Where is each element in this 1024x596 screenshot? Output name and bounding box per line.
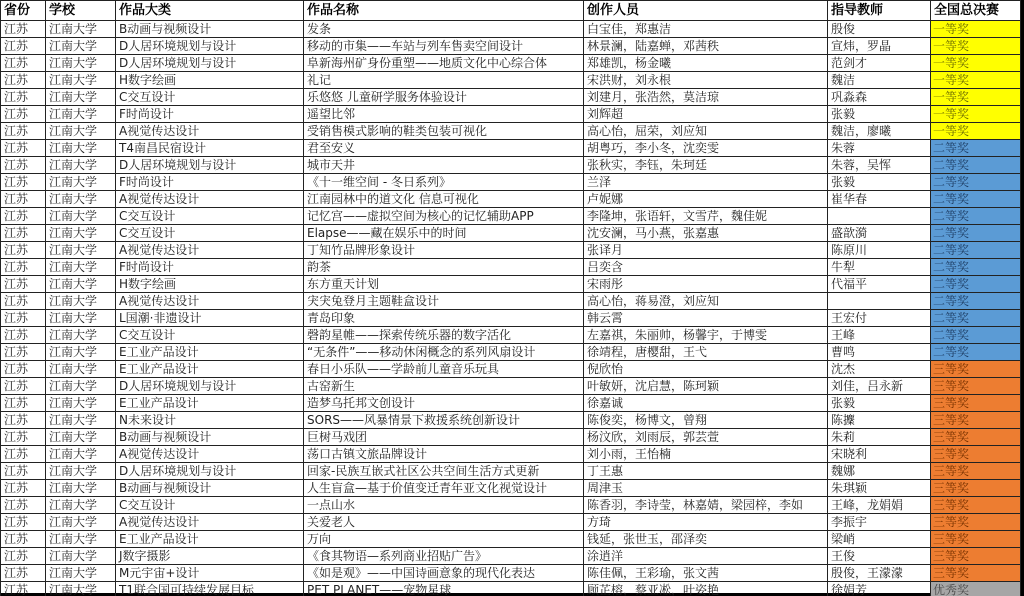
table-row: 江苏江南大学A视觉传达设计丁知竹品牌形象设计张译月陈原川二等奖	[1, 242, 1021, 259]
cell-title[interactable]: PET PLANET——宠物星球	[304, 582, 584, 596]
table-row: 江苏江南大学J数字摄影《食其物语—系列商业招贴广告》涂逍洋王俊三等奖	[1, 548, 1021, 565]
cell-category[interactable]: H数字绘画	[116, 72, 304, 89]
cell-award[interactable]: 二等奖	[931, 174, 1021, 191]
table-row: 江苏江南大学C交互设计一点山水陈香羽，李诗莹，林嘉婧，梁园梓，李如王峰，龙娟娟三…	[1, 497, 1021, 514]
table-row: 江苏江南大学N未来设计SORS——风暴情景下救援系统创新设计陈俊奕，杨博文，曾翔…	[1, 412, 1021, 429]
cell-school[interactable]: 江南大学	[46, 429, 116, 446]
cell-province[interactable]: 江苏	[1, 480, 46, 497]
cell-creators[interactable]: 倪欣怡	[584, 361, 828, 378]
cell-school[interactable]: 江南大学	[46, 55, 116, 72]
cell-creators[interactable]: 李隆坤，张语轩，文雪芹，魏佳妮	[584, 208, 828, 225]
cell-category[interactable]: E工业产品设计	[116, 395, 304, 412]
cell-school[interactable]: 江南大学	[46, 191, 116, 208]
cell-school[interactable]: 江南大学	[46, 89, 116, 106]
table-row: 江苏江南大学A视觉传达设计荡口古镇文旅品牌设计刘小雨，王怡楠宋晓利三等奖	[1, 446, 1021, 463]
header-category[interactable]: 作品大类	[116, 1, 304, 21]
cell-province[interactable]: 江苏	[1, 276, 46, 293]
cell-school[interactable]: 江南大学	[46, 72, 116, 89]
cell-category[interactable]: N未来设计	[116, 412, 304, 429]
cell-advisors[interactable]: 王宏付	[828, 310, 931, 327]
cell-award[interactable]: 二等奖	[931, 310, 1021, 327]
cell-advisors[interactable]: 张毅	[828, 106, 931, 123]
cell-award[interactable]: 一等奖	[931, 38, 1021, 55]
cell-school[interactable]: 江南大学	[46, 140, 116, 157]
table-row: 江苏江南大学A视觉传达设计江南园林中的道文化 信息可视化卢妮娜崔华春二等奖	[1, 191, 1021, 208]
cell-province[interactable]: 江苏	[1, 395, 46, 412]
cell-creators[interactable]: 刘建月，张浩然，莫洁琼	[584, 89, 828, 106]
cell-province[interactable]: 江苏	[1, 514, 46, 531]
cell-advisors[interactable]: 魏洁，廖曦	[828, 123, 931, 140]
cell-advisors[interactable]: 王峰	[828, 327, 931, 344]
cell-title[interactable]: 一点山水	[304, 497, 584, 514]
header-province[interactable]: 省份	[1, 1, 46, 21]
cell-award[interactable]: 二等奖	[931, 242, 1021, 259]
table-row: 江苏江南大学B动画与视频设计巨树马戏团杨汶欣，刘雨辰，郭芸萱朱莉三等奖	[1, 429, 1021, 446]
cell-province[interactable]: 江苏	[1, 548, 46, 565]
cell-school[interactable]: 江南大学	[46, 21, 116, 38]
cell-award[interactable]: 一等奖	[931, 72, 1021, 89]
cell-creators[interactable]: 宋雨彤	[584, 276, 828, 293]
cell-creators[interactable]: 陈俊奕，杨博文，曾翔	[584, 412, 828, 429]
cell-creators[interactable]: 周津玉	[584, 480, 828, 497]
cell-creators[interactable]: 杨汶欣，刘雨辰，郭芸萱	[584, 429, 828, 446]
table-row: 江苏江南大学T1联合国可持续发展目标PET PLANET——宠物星球顾芷榕，蔡亚…	[1, 582, 1021, 596]
cell-advisors[interactable]: 宋晓利	[828, 446, 931, 463]
cell-province[interactable]: 江苏	[1, 582, 46, 596]
cell-creators[interactable]: 林景澜，陆嘉蝉，邓茜秩	[584, 38, 828, 55]
cell-award[interactable]: 三等奖	[931, 412, 1021, 429]
table-row: 江苏江南大学M元宇宙+设计《如是观》——中国诗画意象的现代化表达陈佳佩，王彩瑜，…	[1, 565, 1021, 582]
cell-creators[interactable]: 徐嘉诚	[584, 395, 828, 412]
table-row: 江苏江南大学E工业产品设计“无条件”——移动休闲概念的系列风扇设计徐靖程，唐樱甜…	[1, 344, 1021, 361]
cell-advisors[interactable]: 曹鸣	[828, 344, 931, 361]
cell-title[interactable]: 古窑新生	[304, 378, 584, 395]
table-row: 江苏江南大学E工业产品设计造梦乌托邦文创设计徐嘉诚张毅三等奖	[1, 395, 1021, 412]
cell-title[interactable]: 丁知竹品牌形象设计	[304, 242, 584, 259]
cell-award[interactable]: 三等奖	[931, 548, 1021, 565]
cell-creators[interactable]: 方琦	[584, 514, 828, 531]
cell-award[interactable]: 优秀奖	[931, 582, 1021, 596]
cell-school[interactable]: 江南大学	[46, 327, 116, 344]
table-row: 江苏江南大学H数字绘画礼记宋洪财，刘永根魏洁一等奖	[1, 72, 1021, 89]
cell-category[interactable]: J数字摄影	[116, 548, 304, 565]
cell-province[interactable]: 江苏	[1, 140, 46, 157]
cell-award[interactable]: 三等奖	[931, 531, 1021, 548]
cell-advisors[interactable]: 崔华春	[828, 191, 931, 208]
cell-advisors[interactable]: 代福平	[828, 276, 931, 293]
table-row: 江苏江南大学B动画与视频设计人生盲盒—基于价值变迁青年亚文化视觉设计周津玉朱琪颖…	[1, 480, 1021, 497]
cell-category[interactable]: F时尚设计	[116, 106, 304, 123]
cell-category[interactable]: A视觉传达设计	[116, 123, 304, 140]
cell-advisors[interactable]: 张毅	[828, 395, 931, 412]
cell-title[interactable]: 《十一维空间 - 冬日系列》	[304, 174, 584, 191]
table-row: 江苏江南大学F时尚设计韵茶吕奕含牛犁二等奖	[1, 259, 1021, 276]
cell-province[interactable]: 江苏	[1, 378, 46, 395]
cell-school[interactable]: 江南大学	[46, 378, 116, 395]
cell-award[interactable]: 三等奖	[931, 565, 1021, 582]
cell-title[interactable]: 礼记	[304, 72, 584, 89]
cell-advisors[interactable]: 朱蓉，吴恽	[828, 157, 931, 174]
header-national-final[interactable]: 全国总决赛	[931, 1, 1021, 21]
cell-school[interactable]: 江南大学	[46, 548, 116, 565]
cell-school[interactable]: 江南大学	[46, 38, 116, 55]
cell-advisors[interactable]: 殷俊，王濛濛	[828, 565, 931, 582]
cell-category[interactable]: F时尚设计	[116, 174, 304, 191]
cell-title[interactable]: Elapse——藏在娱乐中的时间	[304, 225, 584, 242]
cell-category[interactable]: C交互设计	[116, 497, 304, 514]
cell-title[interactable]: 遥望比邻	[304, 106, 584, 123]
cell-category[interactable]: A视觉传达设计	[116, 293, 304, 310]
cell-school[interactable]: 江南大学	[46, 123, 116, 140]
table-row: 江苏江南大学A视觉传达设计宊宊兔登月主题鞋盒设计高心怡，蒋易澄，刘应知二等奖	[1, 293, 1021, 310]
cell-creators[interactable]: 陈香羽，李诗莹，林嘉婧，梁园梓，李如	[584, 497, 828, 514]
table-row: 江苏江南大学B动画与视频设计发条白宝佳，郑惠洁殷俊一等奖	[1, 21, 1021, 38]
cell-province[interactable]: 江苏	[1, 242, 46, 259]
cell-province[interactable]: 江苏	[1, 446, 46, 463]
header-title[interactable]: 作品名称	[304, 1, 584, 21]
cell-award[interactable]: 三等奖	[931, 514, 1021, 531]
cell-creators[interactable]: 吕奕含	[584, 259, 828, 276]
table-row: 江苏江南大学D人居环境规划与设计移动的市集——车站与列车售卖空间设计林景澜，陆嘉…	[1, 38, 1021, 55]
table-row: 江苏江南大学A视觉传达设计关爱老人方琦李振宇三等奖	[1, 514, 1021, 531]
cell-creators[interactable]: 胡粤巧，李小冬，沈奕雯	[584, 140, 828, 157]
cell-creators[interactable]: 郑雄凯，杨金曦	[584, 55, 828, 72]
cell-title[interactable]: 东方重天计划	[304, 276, 584, 293]
cell-province[interactable]: 江苏	[1, 497, 46, 514]
cell-award[interactable]: 二等奖	[931, 293, 1021, 310]
cell-title[interactable]: 君至安义	[304, 140, 584, 157]
cell-province[interactable]: 江苏	[1, 123, 46, 140]
cell-category[interactable]: M元宇宙+设计	[116, 565, 304, 582]
cell-category[interactable]: B动画与视频设计	[116, 480, 304, 497]
table-row: 江苏江南大学D人居环境规划与设计回家-民族互嵌式社区公共空间生活方式更新丁王惠魏…	[1, 463, 1021, 480]
cell-title[interactable]: 发条	[304, 21, 584, 38]
cell-category[interactable]: H数字绘画	[116, 276, 304, 293]
cell-category[interactable]: B动画与视频设计	[116, 429, 304, 446]
cell-school[interactable]: 江南大学	[46, 106, 116, 123]
cell-category[interactable]: D人居环境规划与设计	[116, 38, 304, 55]
cell-school[interactable]: 江南大学	[46, 412, 116, 429]
cell-title[interactable]: 回家-民族互嵌式社区公共空间生活方式更新	[304, 463, 584, 480]
cell-title[interactable]: 巨树马戏团	[304, 429, 584, 446]
cell-category[interactable]: E工业产品设计	[116, 361, 304, 378]
cell-category[interactable]: D人居环境规划与设计	[116, 157, 304, 174]
cell-school[interactable]: 江南大学	[46, 242, 116, 259]
cell-award[interactable]: 一等奖	[931, 123, 1021, 140]
cell-title[interactable]: 人生盲盒—基于价值变迁青年亚文化视觉设计	[304, 480, 584, 497]
cell-creators[interactable]: 卢妮娜	[584, 191, 828, 208]
cell-award[interactable]: 三等奖	[931, 429, 1021, 446]
cell-advisors[interactable]: 梁峭	[828, 531, 931, 548]
cell-creators[interactable]: 张秋实，李钰，朱珂廷	[584, 157, 828, 174]
cell-school[interactable]: 江南大学	[46, 310, 116, 327]
cell-category[interactable]: T1联合国可持续发展目标	[116, 582, 304, 596]
cell-award[interactable]: 二等奖	[931, 344, 1021, 361]
cell-award[interactable]: 三等奖	[931, 446, 1021, 463]
cell-province[interactable]: 江苏	[1, 293, 46, 310]
cell-title[interactable]: 江南园林中的道文化 信息可视化	[304, 191, 584, 208]
cell-province[interactable]: 江苏	[1, 259, 46, 276]
cell-award[interactable]: 二等奖	[931, 208, 1021, 225]
cell-title[interactable]: SORS——风暴情景下救援系统创新设计	[304, 412, 584, 429]
cell-creators[interactable]: 叶敏妍，沈启慧，陈珂颖	[584, 378, 828, 395]
cell-category[interactable]: C交互设计	[116, 327, 304, 344]
table-row: 江苏江南大学D人居环境规划与设计阜新海州矿身份重塑——地质文化中心综合体郑雄凯，…	[1, 55, 1021, 72]
table-row: 江苏江南大学F时尚设计《十一维空间 - 冬日系列》兰泽张毅二等奖	[1, 174, 1021, 191]
cell-award[interactable]: 三等奖	[931, 361, 1021, 378]
cell-advisors[interactable]: 王俊	[828, 548, 931, 565]
cell-category[interactable]: D人居环境规划与设计	[116, 463, 304, 480]
cell-category[interactable]: L国潮·非遗设计	[116, 310, 304, 327]
header-creators[interactable]: 创作人员	[584, 1, 828, 21]
table-row: 江苏江南大学T4南昌民宿设计君至安义胡粤巧，李小冬，沈奕雯朱蓉二等奖	[1, 140, 1021, 157]
header-school[interactable]: 学校	[46, 1, 116, 21]
cell-creators[interactable]: 左嘉祺，朱丽帅，杨馨宇，于博雯	[584, 327, 828, 344]
cell-province[interactable]: 江苏	[1, 225, 46, 242]
cell-advisors[interactable]: 陈原川	[828, 242, 931, 259]
cell-award[interactable]: 一等奖	[931, 89, 1021, 106]
cell-award[interactable]: 二等奖	[931, 259, 1021, 276]
cell-school[interactable]: 江南大学	[46, 293, 116, 310]
cell-title[interactable]: 城市天井	[304, 157, 584, 174]
cell-school[interactable]: 江南大学	[46, 225, 116, 242]
cell-school[interactable]: 江南大学	[46, 463, 116, 480]
awards-table: 省份 学校 作品大类 作品名称 创作人员 指导教师 全国总决赛 江苏江南大学B动…	[0, 0, 1021, 596]
header-row: 省份 学校 作品大类 作品名称 创作人员 指导教师 全国总决赛	[1, 1, 1021, 21]
cell-title[interactable]: 乐悠悠 儿童研学服务体验设计	[304, 89, 584, 106]
table-row: 江苏江南大学C交互设计乐悠悠 儿童研学服务体验设计刘建月，张浩然，莫洁琼巩淼森一…	[1, 89, 1021, 106]
cell-award[interactable]: 一等奖	[931, 21, 1021, 38]
cell-award[interactable]: 一等奖	[931, 55, 1021, 72]
cell-advisors[interactable]: 李振宇	[828, 514, 931, 531]
cell-creators[interactable]: 涂逍洋	[584, 548, 828, 565]
cell-creators[interactable]: 兰泽	[584, 174, 828, 191]
cell-title[interactable]: 春日小乐队——学龄前儿童音乐玩具	[304, 361, 584, 378]
cell-advisors[interactable]: 牛犁	[828, 259, 931, 276]
cell-advisors[interactable]: 魏洁	[828, 72, 931, 89]
cell-province[interactable]: 江苏	[1, 531, 46, 548]
cell-advisors[interactable]: 朱莉	[828, 429, 931, 446]
cell-title[interactable]: 韵茶	[304, 259, 584, 276]
cell-creators[interactable]: 张译月	[584, 242, 828, 259]
cell-category[interactable]: B动画与视频设计	[116, 21, 304, 38]
cell-category[interactable]: F时尚设计	[116, 259, 304, 276]
spreadsheet: 省份 学校 作品大类 作品名称 创作人员 指导教师 全国总决赛 江苏江南大学B动…	[0, 0, 1020, 593]
cell-province[interactable]: 江苏	[1, 463, 46, 480]
cell-title[interactable]: 记忆宫——虚拟空间为核心的记忆辅助APP	[304, 208, 584, 225]
cell-award[interactable]: 一等奖	[931, 106, 1021, 123]
cell-advisors[interactable]: 范剑才	[828, 55, 931, 72]
cell-school[interactable]: 江南大学	[46, 276, 116, 293]
cell-advisors[interactable]: 盛歆漪	[828, 225, 931, 242]
cell-creators[interactable]: 白宝佳，郑惠洁	[584, 21, 828, 38]
cell-category[interactable]: D人居环境规划与设计	[116, 55, 304, 72]
cell-category[interactable]: A视觉传达设计	[116, 242, 304, 259]
cell-advisors[interactable]: 殷俊	[828, 21, 931, 38]
cell-category[interactable]: C交互设计	[116, 89, 304, 106]
table-row: 江苏江南大学E工业产品设计春日小乐队——学龄前儿童音乐玩具倪欣怡沈杰三等奖	[1, 361, 1021, 378]
cell-award[interactable]: 二等奖	[931, 276, 1021, 293]
cell-province[interactable]: 江苏	[1, 191, 46, 208]
cell-award[interactable]: 二等奖	[931, 140, 1021, 157]
cell-school[interactable]: 江南大学	[46, 395, 116, 412]
cell-advisors[interactable]: 魏娜	[828, 463, 931, 480]
cell-school[interactable]: 江南大学	[46, 514, 116, 531]
cell-title[interactable]: 万向	[304, 531, 584, 548]
cell-school[interactable]: 江南大学	[46, 157, 116, 174]
table-row: 江苏江南大学C交互设计磬韵星帷——探索传统乐器的数字活化左嘉祺，朱丽帅，杨馨宇，…	[1, 327, 1021, 344]
cell-province[interactable]: 江苏	[1, 565, 46, 582]
cell-category[interactable]: E工业产品设计	[116, 344, 304, 361]
cell-title[interactable]: 宊宊兔登月主题鞋盒设计	[304, 293, 584, 310]
table-row: 江苏江南大学C交互设计记忆宫——虚拟空间为核心的记忆辅助APP李隆坤，张语轩，文…	[1, 208, 1021, 225]
cell-award[interactable]: 二等奖	[931, 191, 1021, 208]
cell-category[interactable]: A视觉传达设计	[116, 446, 304, 463]
cell-school[interactable]: 江南大学	[46, 446, 116, 463]
cell-province[interactable]: 江苏	[1, 412, 46, 429]
cell-creators[interactable]: 高心怡，屈荣，刘应知	[584, 123, 828, 140]
cell-province[interactable]: 江苏	[1, 89, 46, 106]
cell-advisors[interactable]: 徐娟芳	[828, 582, 931, 596]
cell-category[interactable]: A视觉传达设计	[116, 514, 304, 531]
cell-school[interactable]: 江南大学	[46, 480, 116, 497]
cell-category[interactable]: D人居环境规划与设计	[116, 378, 304, 395]
cell-creators[interactable]: 丁王惠	[584, 463, 828, 480]
cell-school[interactable]: 江南大学	[46, 582, 116, 596]
cell-province[interactable]: 江苏	[1, 344, 46, 361]
table-row: 江苏江南大学F时尚设计遥望比邻刘辉超张毅一等奖	[1, 106, 1021, 123]
cell-award[interactable]: 二等奖	[931, 157, 1021, 174]
cell-creators[interactable]: 高心怡，蒋易澄，刘应知	[584, 293, 828, 310]
cell-province[interactable]: 江苏	[1, 174, 46, 191]
cell-province[interactable]: 江苏	[1, 55, 46, 72]
cell-province[interactable]: 江苏	[1, 208, 46, 225]
cell-advisors[interactable]	[828, 293, 931, 310]
cell-school[interactable]: 江南大学	[46, 208, 116, 225]
cell-advisors[interactable]: 刘佳，吕永新	[828, 378, 931, 395]
cell-creators[interactable]: 钱延，张世玉，邵泽奕	[584, 531, 828, 548]
cell-advisors[interactable]: 巩淼森	[828, 89, 931, 106]
cell-award[interactable]: 三等奖	[931, 395, 1021, 412]
cell-category[interactable]: T4南昌民宿设计	[116, 140, 304, 157]
cell-award[interactable]: 三等奖	[931, 497, 1021, 514]
cell-province[interactable]: 江苏	[1, 106, 46, 123]
cell-title[interactable]: 阜新海州矿身份重塑——地质文化中心综合体	[304, 55, 584, 72]
cell-title[interactable]: 受销售模式影响的鞋类包装可视化	[304, 123, 584, 140]
cell-advisors[interactable]: 朱琪颖	[828, 480, 931, 497]
cell-school[interactable]: 江南大学	[46, 361, 116, 378]
cell-title[interactable]: 《食其物语—系列商业招贴广告》	[304, 548, 584, 565]
cell-award[interactable]: 三等奖	[931, 378, 1021, 395]
cell-creators[interactable]: 徐靖程，唐樱甜，王弋	[584, 344, 828, 361]
cell-title[interactable]: 《如是观》——中国诗画意象的现代化表达	[304, 565, 584, 582]
cell-award[interactable]: 三等奖	[931, 480, 1021, 497]
cell-award[interactable]: 三等奖	[931, 463, 1021, 480]
cell-school[interactable]: 江南大学	[46, 497, 116, 514]
cell-creators[interactable]: 顾芷榕，蔡亚凇，叶姿艳	[584, 582, 828, 596]
cell-advisors[interactable]	[828, 208, 931, 225]
cell-title[interactable]: 移动的市集——车站与列车售卖空间设计	[304, 38, 584, 55]
cell-creators[interactable]: 宋洪财，刘永根	[584, 72, 828, 89]
cell-award[interactable]: 二等奖	[931, 225, 1021, 242]
cell-school[interactable]: 江南大学	[46, 174, 116, 191]
cell-creators[interactable]: 韩云霄	[584, 310, 828, 327]
cell-school[interactable]: 江南大学	[46, 531, 116, 548]
cell-category[interactable]: C交互设计	[116, 225, 304, 242]
cell-title[interactable]: 青岛印象	[304, 310, 584, 327]
cell-school[interactable]: 江南大学	[46, 565, 116, 582]
table-row: 江苏江南大学C交互设计Elapse——藏在娱乐中的时间沈安澜，马小燕，张嘉惠盛歆…	[1, 225, 1021, 242]
cell-award[interactable]: 二等奖	[931, 327, 1021, 344]
cell-advisors[interactable]: 沈杰	[828, 361, 931, 378]
cell-province[interactable]: 江苏	[1, 429, 46, 446]
table-row: 江苏江南大学E工业产品设计万向钱延，张世玉，邵泽奕梁峭三等奖	[1, 531, 1021, 548]
cell-province[interactable]: 江苏	[1, 72, 46, 89]
cell-creators[interactable]: 刘小雨，王怡楠	[584, 446, 828, 463]
cell-title[interactable]: 磬韵星帷——探索传统乐器的数字活化	[304, 327, 584, 344]
cell-province[interactable]: 江苏	[1, 157, 46, 174]
table-row: 江苏江南大学D人居环境规划与设计古窑新生叶敏妍，沈启慧，陈珂颖刘佳，吕永新三等奖	[1, 378, 1021, 395]
cell-category[interactable]: C交互设计	[116, 208, 304, 225]
cell-province[interactable]: 江苏	[1, 361, 46, 378]
cell-school[interactable]: 江南大学	[46, 259, 116, 276]
cell-province[interactable]: 江苏	[1, 327, 46, 344]
cell-province[interactable]: 江苏	[1, 21, 46, 38]
cell-category[interactable]: E工业产品设计	[116, 531, 304, 548]
cell-creators[interactable]: 刘辉超	[584, 106, 828, 123]
cell-creators[interactable]: 沈安澜，马小燕，张嘉惠	[584, 225, 828, 242]
cell-advisors[interactable]: 朱蓉	[828, 140, 931, 157]
cell-advisors[interactable]: 张毅	[828, 174, 931, 191]
cell-title[interactable]: “无条件”——移动休闲概念的系列风扇设计	[304, 344, 584, 361]
cell-province[interactable]: 江苏	[1, 310, 46, 327]
cell-title[interactable]: 荡口古镇文旅品牌设计	[304, 446, 584, 463]
table-row: 江苏江南大学A视觉传达设计受销售模式影响的鞋类包装可视化高心怡，屈荣，刘应知魏洁…	[1, 123, 1021, 140]
cell-school[interactable]: 江南大学	[46, 344, 116, 361]
header-advisors[interactable]: 指导教师	[828, 1, 931, 21]
cell-creators[interactable]: 陈佳佩，王彩瑜，张文茜	[584, 565, 828, 582]
table-row: 江苏江南大学L国潮·非遗设计青岛印象韩云霄王宏付二等奖	[1, 310, 1021, 327]
cell-title[interactable]: 关爱老人	[304, 514, 584, 531]
table-row: 江苏江南大学D人居环境规划与设计城市天井张秋实，李钰，朱珂廷朱蓉，吴恽二等奖	[1, 157, 1021, 174]
table-row: 江苏江南大学H数字绘画东方重天计划宋雨彤代福平二等奖	[1, 276, 1021, 293]
cell-province[interactable]: 江苏	[1, 38, 46, 55]
cell-title[interactable]: 造梦乌托邦文创设计	[304, 395, 584, 412]
cell-category[interactable]: A视觉传达设计	[116, 191, 304, 208]
cell-advisors[interactable]: 王峰，龙娟娟	[828, 497, 931, 514]
cell-advisors[interactable]: 陈攈	[828, 412, 931, 429]
cell-advisors[interactable]: 宣炜，罗晶	[828, 38, 931, 55]
